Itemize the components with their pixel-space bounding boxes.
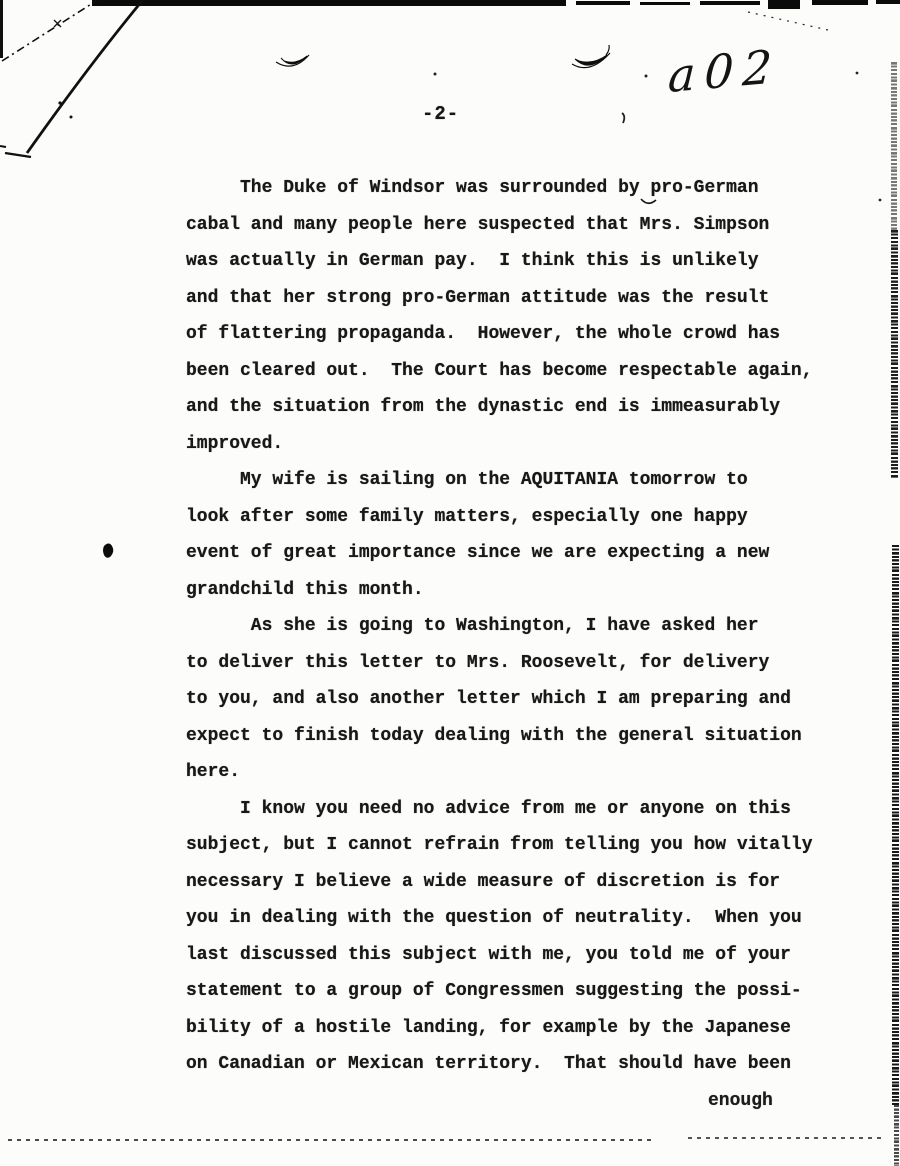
scan-bottom-dotted-line <box>8 1139 652 1141</box>
text-line: As she is going to Washington, I have as… <box>186 608 813 645</box>
text-line: statement to a group of Congressmen sugg… <box>186 973 813 1010</box>
scan-bottom-dotted-line <box>688 1137 882 1139</box>
page-corner-fold-lines <box>0 0 142 157</box>
text-line: event of great importance since we are e… <box>186 535 813 572</box>
text-line: subject, but I cannot refrain from telli… <box>186 827 813 864</box>
text-line: of flattering propaganda. However, the w… <box>186 316 813 353</box>
binding-edge-noise-strip <box>891 62 897 230</box>
text-line: bility of a hostile landing, for example… <box>186 1010 813 1047</box>
page-number: -2- <box>422 103 459 125</box>
binding-edge-noise-strip <box>891 230 898 478</box>
text-line: cabal and many people here suspected tha… <box>186 207 813 244</box>
catchword: enough <box>708 1091 773 1111</box>
text-line: was actually in German pay. I think this… <box>186 243 813 280</box>
letter-body: The Duke of Windsor was surrounded by pr… <box>186 170 813 1083</box>
binding-edge-noise-strip <box>894 1105 899 1166</box>
text-line: and that her strong pro-German attitude … <box>186 280 813 317</box>
text-line: and the situation from the dynastic end … <box>186 389 813 426</box>
text-line: been cleared out. The Court has become r… <box>186 353 813 390</box>
text-line: grandchild this month. <box>186 572 813 609</box>
text-line: necessary I believe a wide measure of di… <box>186 864 813 901</box>
text-line: you in dealing with the question of neut… <box>186 900 813 937</box>
text-line: improved. <box>186 426 813 463</box>
binding-edge-noise-strip <box>892 545 899 1105</box>
text-line: last discussed this subject with me, you… <box>186 937 813 974</box>
scan-top-edge-bar <box>92 0 900 9</box>
text-line: My wife is sailing on the AQUITANIA tomo… <box>186 462 813 499</box>
margin-ink-blot <box>103 544 113 558</box>
text-line: expect to finish today dealing with the … <box>186 718 813 755</box>
text-line: to deliver this letter to Mrs. Roosevelt… <box>186 645 813 682</box>
text-line: look after some family matters, especial… <box>186 499 813 536</box>
scanned-letter-page: a02 -2- The Duke of Windsor was surround… <box>0 0 900 1166</box>
text-line: here. <box>186 754 813 791</box>
ink-smudge-marks <box>276 45 610 68</box>
text-line: The Duke of Windsor was surrounded by pr… <box>186 170 813 207</box>
text-line: on Canadian or Mexican territory. That s… <box>186 1046 813 1083</box>
text-line: I know you need no advice from me or any… <box>186 791 813 828</box>
text-line: to you, and also another letter which I … <box>186 681 813 718</box>
handwritten-annotation: a02 <box>667 39 782 103</box>
